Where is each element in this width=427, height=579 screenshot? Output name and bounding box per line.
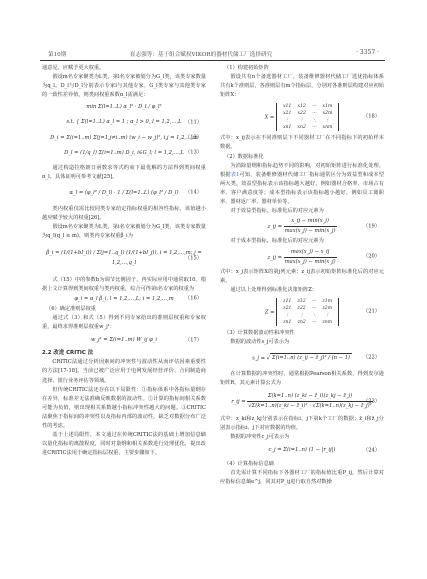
equation-12: D_i = Σ(i=1..m) Σ(j=1,j≠i..m) (w_i − w_j… xyxy=(42,134,206,143)
paragraph: 但传统CRITIC法还存在以下局限性：①指标体系中各指标量纲存在差异，标准差无法… xyxy=(42,386,206,431)
left-column: 通意见，应赋予更大权重。 假设m名专家聚类为L类，第l名专家被划分为G_l类，该… xyxy=(42,64,206,458)
running-title: 崔志强等：基于组合赋权VIKOR的器材代储工厂选择研究 xyxy=(130,50,272,58)
paragraph: 式中：x_j表示矩阵X的第j列元素；z_ij表示初始矩阵标准化后的对应元素。 xyxy=(220,268,384,286)
issue-number: 第10期 xyxy=(48,50,66,58)
equation-14: α_l = (φ_l² / D_l) · 1 / Σ(l=1..L) (φ_l²… xyxy=(42,189,206,198)
equation-11: s.t. { Σ(l=1..L) α_l = 1 ; α_l > 0, l = … xyxy=(42,118,206,127)
subheading: （1）构建初始矩阵 xyxy=(220,64,384,73)
paragraph: 式中：z_ki和z_kj分别表示在指标i、j下第k个工厂的数据；z̄_i和z̄_… xyxy=(220,415,384,433)
equation-13: D_l = (1/q_l) Σ(i=1..m) D_i, i∈G_l; l = … xyxy=(42,149,206,158)
running-header: 第10期 崔志强等：基于组合赋权VIKOR的器材代储工厂选择研究 · 3357 … xyxy=(40,48,385,60)
equation-24: c_j = Σ(i=1..n) (1 − |r_ij|) （24） xyxy=(220,446,384,455)
right-column: （1）构建初始矩阵 假设共有n个备选器材工厂，装备维修器材代储工厂选优指标体系共… xyxy=(220,64,384,487)
subheading: （3）计算数据波动性和冲突性 xyxy=(220,329,384,338)
paragraph: 通过构造拉格朗日函数求等式约束下最优解的方法得到类间权重α_l，具体证明可参考文… xyxy=(42,164,206,182)
equation-23: r_ij = Σ(k=1..n) (z_ki − z̄_i)(z_kj − z̄… xyxy=(220,392,384,411)
paragraph: 在计算数据的冲突性时，通常根据Pearson相关系数，得到皮尔逊矩阵R，其元素计… xyxy=(220,370,384,388)
equation-20: z_ij = max(x_j) − x_ijmax(x_j) − min(x_j… xyxy=(220,248,384,267)
header-rule xyxy=(40,60,385,61)
page-number: · 3357 · xyxy=(356,49,379,56)
subheading: （6）确定准则层权重 xyxy=(42,305,206,314)
paragraph: CRITIC法通过分析因素间的冲突性与波动性从而评估因素重要性的方法[17-18… xyxy=(42,358,206,385)
paragraph: 式（15）中的参数b为调节比例因子，再实际应用中通常取10。根据上文计算得到类间… xyxy=(42,276,206,294)
paragraph: 基于上述局限性，本文通过在传统CRITIC法的基础上增加信息熵以量化指标的离散程… xyxy=(42,431,206,458)
paragraph: 通过式（3）和式（5）得到不同专家给出的准则层权重和专家权重，最终求得准则层权重… xyxy=(42,314,206,332)
matrix-z: z11z12⋯z1m z21z22⋯z2m ⋮⋮⋱⋮ zn1zn2⋯znm xyxy=(276,298,339,326)
subheading: （4）计算指标信息熵 xyxy=(220,460,384,469)
equation-15: β_i = (1/(1+bI_i)) / Σ(j=1..q_l) (1/(1+b… xyxy=(42,249,206,267)
paragraph: 为消除量纲和指标趋势不同的影响，对初始矩阵进行标准化处理。根据表1可知，装备维修… xyxy=(220,162,384,207)
equation-18: X = x11x12⋯x1m x21x22⋯x2m ⋮⋮⋱⋮ xn1xn2⋯xn… xyxy=(220,103,384,131)
equation-16: φ_i = α_l β_i, l = 1,2,…,L; i = 1,2,…,m … xyxy=(42,295,206,304)
paragraph: 通意见，应赋予更大权重。 xyxy=(42,64,206,73)
matrix-x: x11x12⋯x1m x21x22⋯x2m ⋮⋮⋱⋮ xn1xn2⋯xnm xyxy=(276,103,339,131)
paragraph: 通过以上处理得到标准化决策矩阵Z： xyxy=(220,286,384,295)
paragraph: 假设共有n个备选器材工厂，装备维修器材代储工厂选优指标体系共有k个准则层，各准则… xyxy=(220,73,384,100)
paragraph: 假设m名专家聚类为L类，第l名专家被划分为G_l类，该类专家数量为q_l。D_l… xyxy=(42,73,206,100)
paragraph: 数据的冲突性c_j可表示为 xyxy=(220,433,384,442)
equation-22: s_j = √Σ(i=1..n) (z_ij − z̄_j)² / (n − 1… xyxy=(220,353,384,364)
paragraph: 首先需计算不同指标下各器材工厂的指标值比重P_ij，然后计算对应指标信息熵e^j… xyxy=(220,469,384,487)
section-heading: 2.2 改进 CRITIC 法 xyxy=(42,349,206,358)
paragraph: 类内权重仅需比较同类专家给定指标权重的相容性指标，该值越小越应赋予较大的权重[2… xyxy=(42,205,206,223)
equation-min: min Σ(l=1..L) α_l² · D_l / φ_l² xyxy=(42,103,206,112)
equation-17: w_j¹ = Σ(i=1..m) W_ij φ_i （17） xyxy=(42,336,206,345)
subheading: （2）数据标准化 xyxy=(220,153,384,162)
equation-19: z_ij = x_ij − min(x_j)max(x_j) − min(x_j… xyxy=(220,217,384,236)
paragraph: 式中：x_ij表示在不同准则层下不同器材工厂在不同指标下的初始样本数据。 xyxy=(220,134,384,152)
paragraph: 对于效益型指标，标准化后的对应元素为 xyxy=(220,207,384,216)
paragraph: 假设m名专家聚类为L类，第i名专家被划分为G_l类，该类专家数量为q_l(q_l… xyxy=(42,223,206,241)
paragraph: 对于成本型指标，标准化后的对应元素为 xyxy=(220,237,384,246)
equation-21: Z = z11z12⋯z1m z21z22⋯z2m ⋮⋮⋱⋮ zn1zn2⋯zn… xyxy=(220,298,384,326)
paragraph: 数据的波动性s_j可表示为 xyxy=(220,338,384,347)
